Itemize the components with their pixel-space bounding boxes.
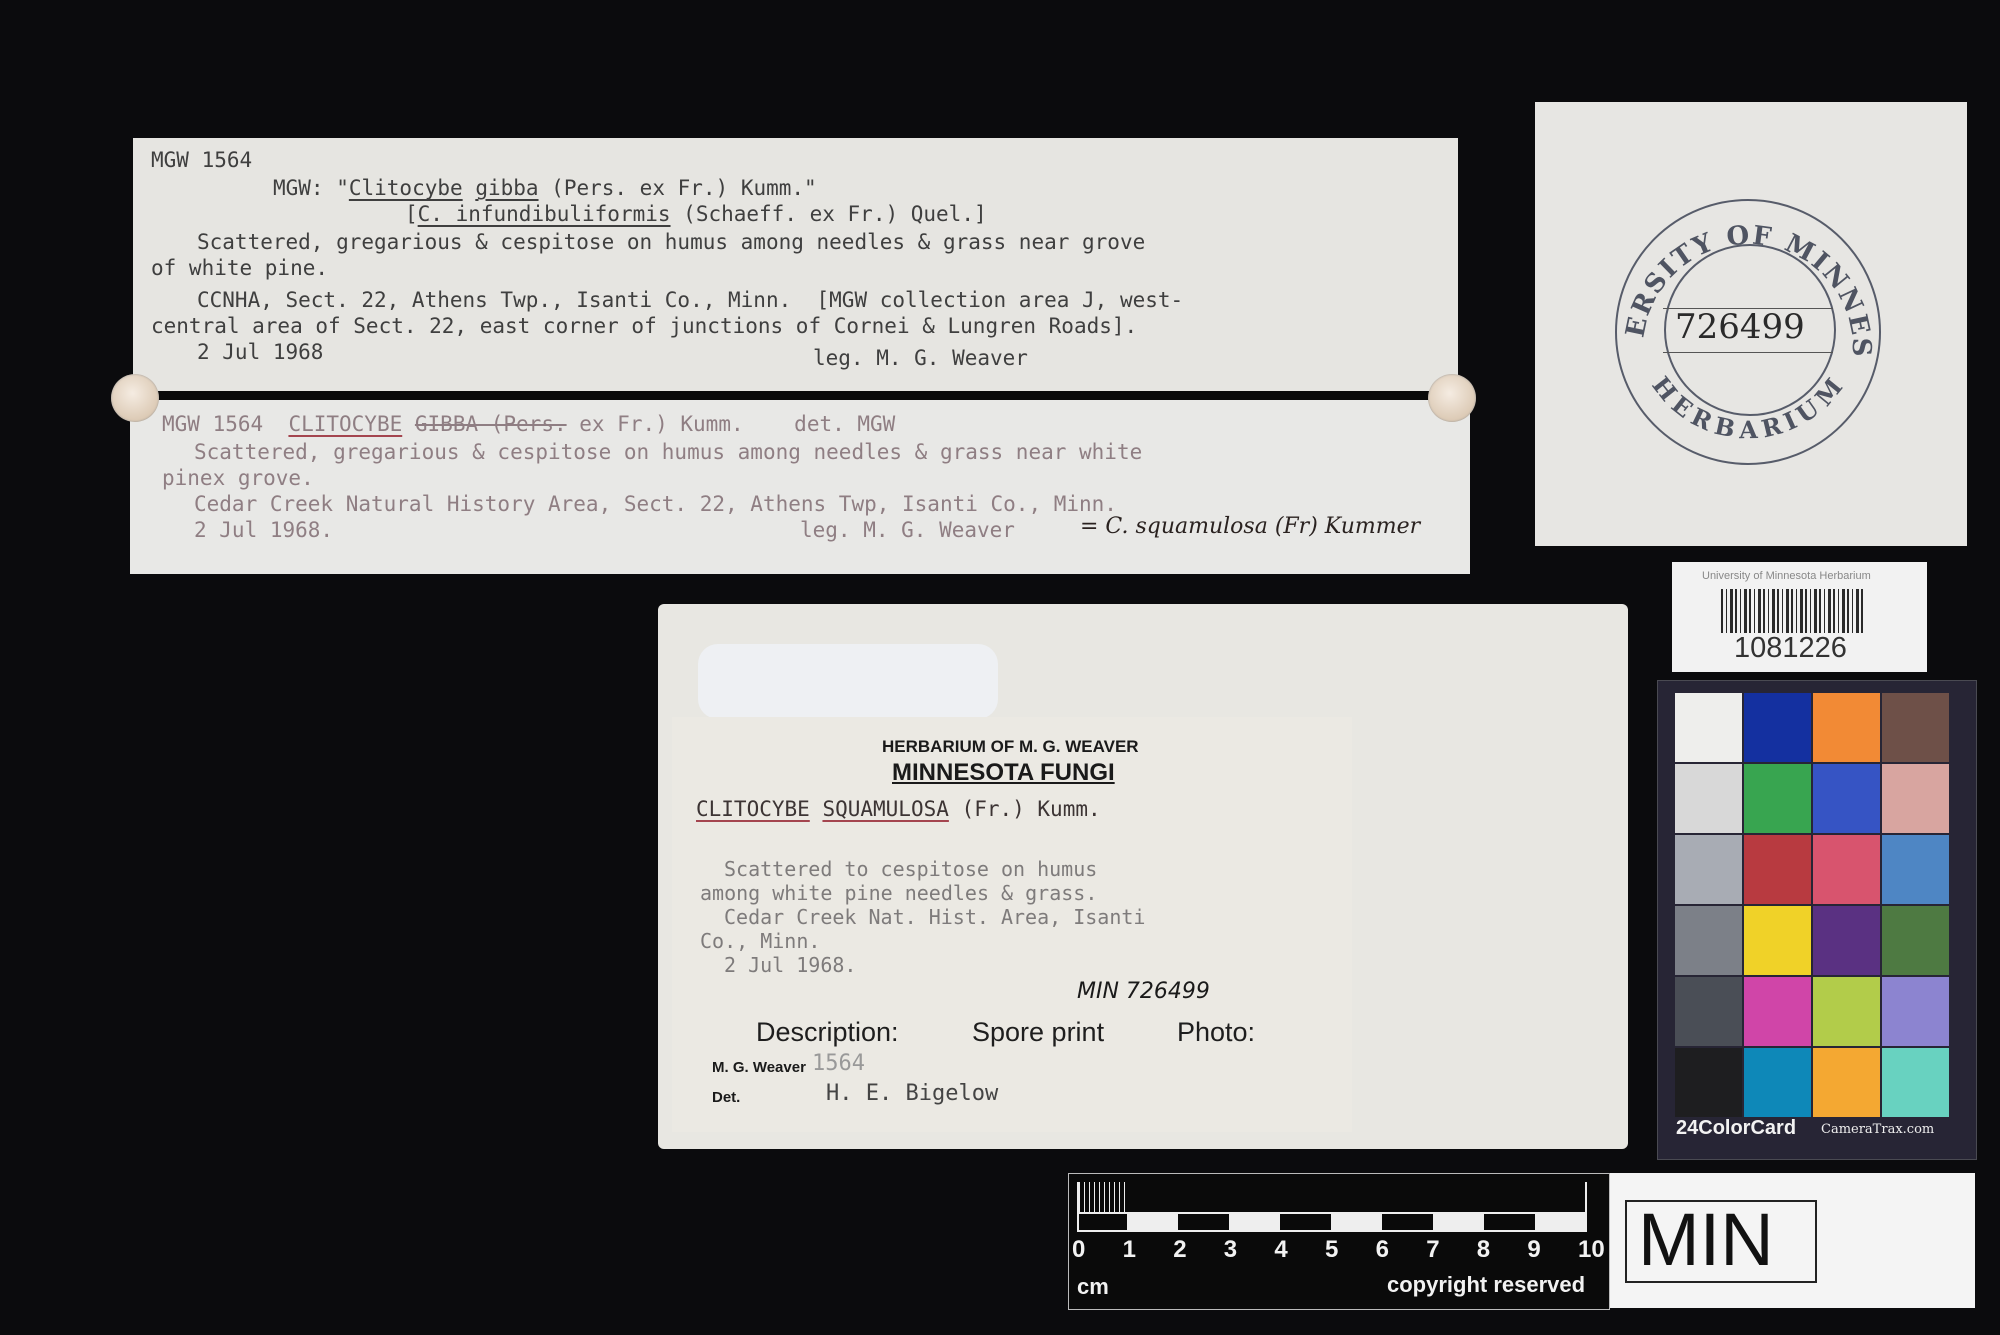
lower-specimen-label: MGW 1564 CLITOCYBE GIBBA (Pers. ex Fr.) …: [130, 400, 1470, 574]
color-swatch: [1882, 764, 1949, 833]
label-text: 2 Jul 1968.: [194, 518, 333, 542]
color-swatch: [1813, 764, 1880, 833]
packet-text: Scattered to cespitose on humus: [724, 857, 1097, 881]
collector-label: M. G. Weaver: [712, 1059, 806, 1076]
color-swatch: [1882, 906, 1949, 975]
ruler-tick: 5: [1325, 1236, 1338, 1264]
packet-text: 2 Jul 1968.: [724, 953, 856, 977]
ruler-tick: 9: [1527, 1236, 1540, 1264]
institution-code-box: MIN: [1610, 1173, 1975, 1308]
color-swatch: [1744, 906, 1811, 975]
ruler-tick: 4: [1274, 1236, 1287, 1264]
color-swatch: [1813, 1048, 1880, 1117]
color-swatch: [1882, 1048, 1949, 1117]
ruler-tick: 3: [1224, 1236, 1237, 1264]
label-text: MGW 1564 CLITOCYBE GIBBA (Pers. ex Fr.) …: [162, 412, 895, 436]
description-label: Description:: [756, 1017, 899, 1048]
ruler-tick: 8: [1477, 1236, 1490, 1264]
label-text: MGW: "Clitocybe gibba (Pers. ex Fr.) Kum…: [273, 176, 817, 200]
svg-text:HERBARIUM: HERBARIUM: [1646, 371, 1849, 444]
barcode-number: 1081226: [1734, 632, 1847, 665]
packet-text: Co., Minn.: [700, 929, 820, 953]
ruler-tick: 2: [1173, 1236, 1186, 1264]
color-swatch: [1882, 835, 1949, 904]
packet-subheader: MINNESOTA FUNGI: [892, 759, 1115, 787]
scale-ruler: 012345678910 cm copyright reserved: [1068, 1173, 1610, 1310]
ruler-tick: 0: [1072, 1236, 1085, 1264]
color-swatch: [1744, 1048, 1811, 1117]
spore-print-label: Spore print: [972, 1017, 1104, 1048]
color-swatch: [1813, 906, 1880, 975]
upper-specimen-label: MGW 1564 MGW: "Clitocybe gibba (Pers. ex…: [133, 138, 1458, 396]
packet-header: HERBARIUM OF M. G. WEAVER: [882, 737, 1139, 757]
color-swatch: [1675, 906, 1742, 975]
copyright-text: copyright reserved: [1387, 1272, 1585, 1298]
ruler-scale: [1077, 1182, 1587, 1232]
color-swatch: [1675, 835, 1742, 904]
color-swatch: [1813, 693, 1880, 762]
correction-fluid-patch: [698, 644, 998, 719]
barcode-label: University of Minnesota Herbarium 108122…: [1672, 562, 1927, 672]
det-label: Det.: [712, 1089, 740, 1106]
packet-text: among white pine needles & grass.: [700, 881, 1097, 905]
color-swatch: [1882, 693, 1949, 762]
ruler-tick: 1: [1123, 1236, 1136, 1264]
ruler-tick: 10: [1578, 1236, 1605, 1264]
photo-label: Photo:: [1177, 1017, 1255, 1048]
color-swatch: [1744, 977, 1811, 1046]
color-card-site: CameraTrax.com: [1821, 1122, 1934, 1137]
color-swatch: [1744, 835, 1811, 904]
color-swatch: [1882, 977, 1949, 1046]
color-swatch: [1675, 977, 1742, 1046]
magnet-right: [1428, 374, 1476, 422]
color-card-brand: 24ColorCard: [1676, 1117, 1796, 1140]
color-swatch: [1744, 764, 1811, 833]
label-text: leg. M. G. Weaver: [813, 346, 1028, 370]
color-calibration-card: 24ColorCard CameraTrax.com: [1657, 680, 1977, 1160]
color-swatch: [1675, 1048, 1742, 1117]
label-text: central area of Sect. 22, east corner of…: [151, 314, 1137, 338]
label-text: 2 Jul 1968: [197, 340, 323, 364]
herbarium-stamp-card: UNIVERSITY OF MINNESOTA HERBARIUM 726499: [1535, 102, 1967, 546]
handwritten-annotation: = C. squamulosa (Fr) Kummer: [1080, 514, 1420, 539]
color-swatch: [1813, 835, 1880, 904]
taxon-name: CLITOCYBE SQUAMULOSA (Fr.) Kumm.: [696, 797, 1101, 821]
label-text: Scattered, gregarious & cespitose on hum…: [197, 230, 1145, 254]
ruler-tick: 7: [1426, 1236, 1439, 1264]
stamp-number: 726499: [1675, 307, 1805, 347]
institution-code: MIN: [1638, 1197, 1774, 1282]
packet-text: Cedar Creek Nat. Hist. Area, Isanti: [724, 905, 1145, 929]
det-value: H. E. Bigelow: [826, 1081, 998, 1106]
label-text: CCNHA, Sect. 22, Athens Twp., Isanti Co.…: [197, 288, 1183, 312]
label-text: leg. M. G. Weaver: [800, 518, 1015, 542]
label-text: pinex grove.: [162, 466, 314, 490]
packet-label: HERBARIUM OF M. G. WEAVER MINNESOTA FUNG…: [672, 717, 1352, 1132]
label-text: Cedar Creek Natural History Area, Sect. …: [194, 492, 1117, 516]
barcode-institution: University of Minnesota Herbarium: [1702, 570, 1871, 582]
label-text: Scattered, gregarious & cespitose on hum…: [194, 440, 1142, 464]
label-text: [C. infundibuliformis (Schaeff. ex Fr.) …: [405, 202, 987, 226]
label-text: MGW 1564: [151, 148, 252, 172]
barcode-bars: [1721, 589, 1866, 633]
color-swatch: [1675, 693, 1742, 762]
ruler-unit: cm: [1077, 1274, 1109, 1300]
collector-number: 1564: [812, 1051, 865, 1076]
min-number-handwritten: MIN 726499: [1077, 979, 1210, 1004]
color-swatch: [1813, 977, 1880, 1046]
label-text: of white pine.: [151, 256, 328, 280]
ruler-tick: 6: [1376, 1236, 1389, 1264]
magnet-left: [111, 374, 159, 422]
color-swatch: [1744, 693, 1811, 762]
color-swatch: [1675, 764, 1742, 833]
